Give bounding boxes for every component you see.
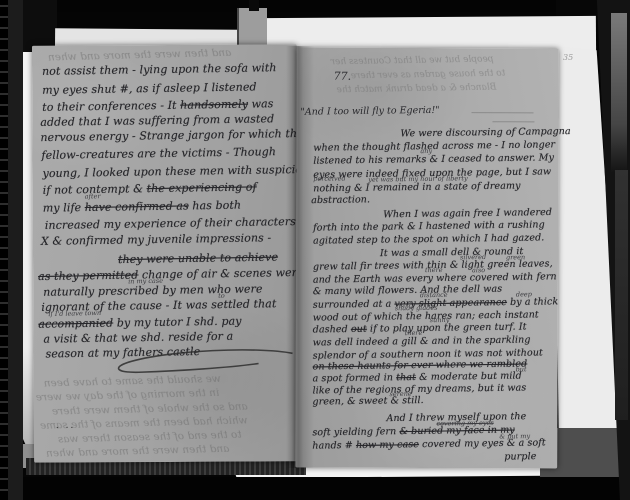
line-segment: out xyxy=(351,324,367,335)
line-segment: listened to his remarks & I ceased to an… xyxy=(313,152,554,166)
line-segment: nothing & I remained in a state of dream… xyxy=(313,181,520,195)
line-segment: hands # xyxy=(312,440,356,452)
line-segment: was xyxy=(248,97,274,110)
manuscript-line: when the thought flashed across me - I n… xyxy=(313,139,555,153)
manuscript-line: soft yielding fern & buried my face in m… xyxy=(312,425,514,439)
manuscript-line: X & confirmed my juvenile impressions - xyxy=(41,231,272,248)
line-segment: not assist them - lying upon the sofa wi… xyxy=(42,61,277,78)
manuscript-line: if not contempt & the experiencing of xyxy=(43,180,257,196)
interlinear-insert: perceived xyxy=(313,174,345,182)
line-segment: abstraction. xyxy=(311,194,370,206)
line-segment: handsomely xyxy=(180,98,248,112)
manuscript-line: It was a small dell & round it xyxy=(380,246,523,259)
line-segment: when the thought flashed across me - I n… xyxy=(313,139,555,153)
line-segment: they were unable to achieve xyxy=(118,251,278,267)
page-number: 77. xyxy=(334,70,352,83)
line-segment: by a thick xyxy=(507,296,558,308)
line-segment: to their conferences - It xyxy=(42,99,180,114)
line-segment: the experiencing of xyxy=(147,180,257,195)
manuscript-line: listened to his remarks & I ceased to an… xyxy=(313,152,554,166)
manuscript-line: When I was again free I wandered xyxy=(383,207,552,220)
manuscript-line: they were unable to achieve xyxy=(118,251,278,267)
line-segment: It was a small dell & round it xyxy=(380,246,523,259)
line-segment: has both xyxy=(189,199,242,213)
line-segment: was dell indeed a gill & and in the spar… xyxy=(313,334,531,348)
manuscript-line: fellow-creatures are the victims - Thoug… xyxy=(41,145,276,162)
manuscript-line: accompanied by my tutor I shd. pay xyxy=(38,315,241,331)
manuscript-line: We were discoursing of Campagna xyxy=(400,126,570,139)
line-segment: purple xyxy=(504,451,536,462)
manuscript-line: abstraction. xyxy=(311,194,370,206)
line-segment: & moderate but mild xyxy=(416,371,522,383)
manuscript-right-page: people but we all that Countess her to t… xyxy=(295,48,558,469)
manuscript-line: nervous energy - Strange jargon for whic… xyxy=(40,127,312,144)
line-segment: my eyes shut #, as if asleep I listened xyxy=(42,80,257,96)
line-segment: forth into the park & I hastened with a … xyxy=(313,219,545,233)
line-segment: naturally prescribed by men who were xyxy=(43,282,263,298)
film-top-border xyxy=(0,0,630,12)
film-left-margin xyxy=(8,0,23,500)
bleed-through-line: and then were the more and when xyxy=(48,47,232,64)
film-left-edge xyxy=(0,0,8,500)
bleed-through-line: people but we all that Countess her xyxy=(331,55,494,68)
line-segment: by my tutor I shd. pay xyxy=(113,315,242,330)
bleed-through-line: Blanche & a dead drunk match the xyxy=(337,83,497,96)
line-segment: that xyxy=(396,372,416,383)
line-segment: covered my eyes & a soft xyxy=(419,437,546,450)
manuscript-line: added that I was suffering from a wasted xyxy=(40,112,274,129)
manuscript-line: a visit & that we shd. reside for a xyxy=(43,330,233,346)
manuscript-line: to their conferences - It handsomely was xyxy=(42,97,273,114)
manuscript-line: naturally prescribed by men who were xyxy=(43,282,263,298)
manuscript-line: nothing & I remained in a state of dream… xyxy=(313,181,520,195)
manuscript-line: forth into the park & I hastened with a … xyxy=(313,219,545,233)
line-segment: how my case xyxy=(356,439,419,451)
line-segment: We were discoursing of Campagna xyxy=(400,126,570,139)
folio-mark: 35 xyxy=(563,53,573,62)
line-segment: accompanied xyxy=(38,317,113,331)
manuscript-line: as they permitted change of air & scenes… xyxy=(38,266,304,283)
line-segment: dashed xyxy=(313,324,351,336)
manuscript-line: was dell indeed a gill & and in the spar… xyxy=(313,334,531,348)
line-segment: as they permitted xyxy=(38,268,138,283)
line-segment: soft yielding fern xyxy=(312,426,399,438)
manuscript-line: green, & sweet & still. xyxy=(312,395,423,408)
manuscript-line: agitated step to the spot on which I had… xyxy=(313,232,544,246)
film-bottom-border xyxy=(0,477,630,500)
line-segment: added that I was suffering from a wasted xyxy=(40,112,274,129)
manuscript-line: & many wild flowers. And the dell was xyxy=(313,284,502,298)
manuscript-line: young, I looked upon these men with susp… xyxy=(42,163,309,180)
line-segment: young, I looked upon these men with susp… xyxy=(42,163,309,180)
line-segment: X & confirmed my juvenile impressions - xyxy=(41,231,272,248)
line-segment: When I was again free I wandered xyxy=(383,207,552,220)
manuscript-line: purple xyxy=(504,451,536,462)
line-segment: agitated step to the spot on which I had… xyxy=(313,232,544,246)
film-right-highlight xyxy=(611,13,627,173)
interlinear-insert: after xyxy=(85,192,101,200)
manuscript-line: hands # how my case covered my eyes & a … xyxy=(312,437,546,451)
manuscript-photograph: 35 and then were the more and when not a… xyxy=(0,0,630,500)
manuscript-left-page: and then were the more and when not assi… xyxy=(32,44,299,462)
line-segment: surrounded at a xyxy=(313,299,395,311)
line-segment: have confirmed as xyxy=(85,199,189,214)
pen-stroke xyxy=(472,112,534,113)
line-segment: green, & sweet & still. xyxy=(312,395,423,408)
line-segment: if to play upon the green turf. It xyxy=(367,321,527,334)
epigraph-quote: "And I too will fly to Egeria!" xyxy=(300,105,439,118)
bleed-through-line: to the house garden as ever there xyxy=(351,69,506,82)
bleed-through-line: and then were the more and when xyxy=(46,443,230,460)
manuscript-line: not assist them - lying upon the sofa wi… xyxy=(42,61,277,78)
manuscript-line: my life have confirmed as has both xyxy=(43,199,242,215)
line-segment: nervous energy - Strange jargon for whic… xyxy=(40,127,312,144)
gutter-notch xyxy=(249,0,259,11)
line-segment: a spot formed in xyxy=(313,372,397,384)
gutter-fold-shadow xyxy=(286,46,314,468)
line-segment: my life xyxy=(43,201,85,215)
pen-stroke xyxy=(492,121,534,122)
line-segment: & buried my face in my xyxy=(399,425,514,438)
manuscript-line: increased my experience of their charact… xyxy=(45,215,296,232)
line-segment: increased my experience of their charact… xyxy=(45,215,296,232)
line-segment: a visit & that we shd. reside for a xyxy=(43,330,233,346)
film-right-lowlight xyxy=(615,170,628,420)
line-segment: fellow-creatures are the victims - Thoug… xyxy=(41,145,276,162)
line-segment: & many wild flowers. And the dell was xyxy=(313,284,502,298)
manuscript-line: my eyes shut #, as if asleep I listened xyxy=(42,80,257,96)
